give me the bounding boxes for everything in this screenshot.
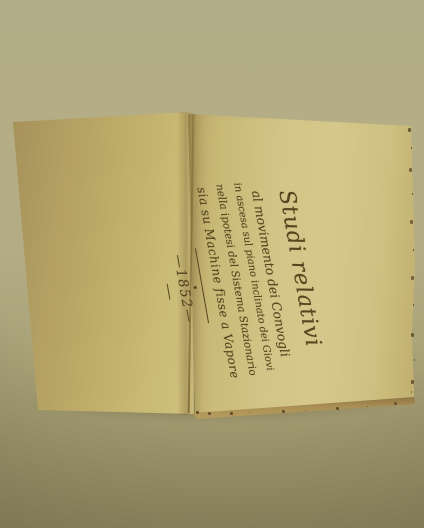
closing-dash <box>167 284 171 300</box>
page-edge-specks <box>196 411 199 414</box>
separator-dot <box>193 285 196 288</box>
deckled-fore-edge-specks <box>408 128 411 132</box>
book-photograph: Studi relativi al movimento dei Convogli… <box>0 0 424 528</box>
